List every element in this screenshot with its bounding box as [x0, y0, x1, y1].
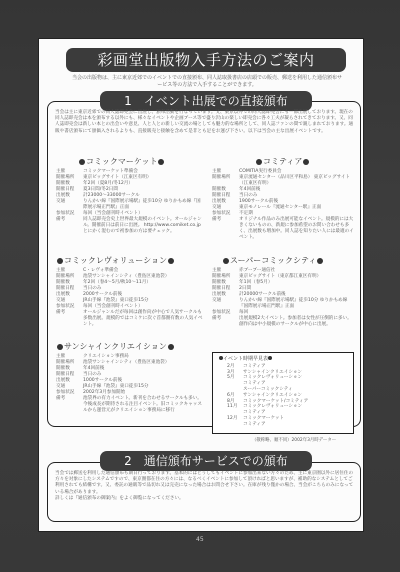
- bullet-icon: [57, 258, 63, 264]
- event-details-comic-market: 主催コミックマーケット準備会 開催場所東京ビッグサイト（江東区有明） 開催数年2…: [56, 169, 204, 235]
- section-2-footer-note: 詳しくは『通信頒布の御案内』をよく御覧になってください。: [55, 496, 355, 502]
- event-title-super-comic-city: スーパーコミックシティ: [222, 256, 324, 266]
- page-number: 45: [196, 536, 204, 543]
- event-title-comic-revolution: コミックレヴォリューション: [56, 256, 175, 266]
- event-title-comitia: コミティア: [255, 157, 310, 167]
- bullet-icon: [268, 356, 272, 360]
- bullet-icon: [57, 344, 63, 350]
- event-details-comitia: 主催COMITIA実行委員会 開催場所東京流通センター（品川区平和島） 東京ビッ…: [212, 169, 356, 241]
- bullet-icon: [317, 258, 323, 264]
- event-details-comic-revolution: 主催C・レヴォ準備会 開催場所池袋サンシャインシティ（豊島区東池袋） 開催数年2…: [56, 268, 204, 328]
- section-1-header: 1 イベント出展での直接頒布: [100, 91, 312, 111]
- schedule-source-note: （敬称略、順不同）2002年3月時データー: [252, 437, 336, 443]
- section-2-header: 2 通信頒布サービスでの頒布: [100, 451, 312, 471]
- bullet-icon: [223, 258, 229, 264]
- event-details-super-comic-city: 主催赤ブーブー通信社 開催場所東京ビッグサイト（東京都江東区有明） 開催数年1回…: [212, 268, 356, 328]
- section-1-body: 当会は主に東京近郊での同人誌即売会に出展し、頒布活動を行なっています。又、東京以…: [55, 110, 355, 135]
- bullet-icon: [79, 159, 85, 165]
- event-details-sunshine-creation: 主催クリエイション事務局 開催場所池袋サンシャインシティ（豊島区東池袋） 開催数…: [56, 354, 204, 414]
- section-2-text: 当会では郵送を利用した通信頒布も期日行っております。基本的にはどうしてもイベント…: [55, 471, 355, 496]
- intro-text: 当会の出版物は、主に東京近郊でのイベントでの直接頒布、同人誌取扱書店の店頭での販…: [72, 75, 342, 89]
- bullet-icon: [256, 159, 262, 165]
- schedule-row: コミティア: [219, 422, 347, 428]
- section-2-body: 当会では郵送を利用した通信頒布も期日行っております。基本的にはどうしてもイベント…: [55, 471, 355, 502]
- event-title-comic-market: コミックマーケット: [78, 157, 165, 167]
- bullet-icon: [168, 344, 174, 350]
- bullet-icon: [168, 258, 174, 264]
- page-title: 彩画堂出版物入手方法のご案内: [66, 48, 346, 72]
- bullet-icon: [158, 159, 164, 165]
- schedule-title: イベント時期早見表: [219, 356, 347, 363]
- event-title-sunshine-creation: サンシャインクリエイション: [56, 342, 175, 352]
- bullet-icon: [303, 159, 309, 165]
- event-schedule-box: イベント時期早見表 2月コミティア 3月サンシャインクリエイション 5月コミック…: [212, 352, 354, 434]
